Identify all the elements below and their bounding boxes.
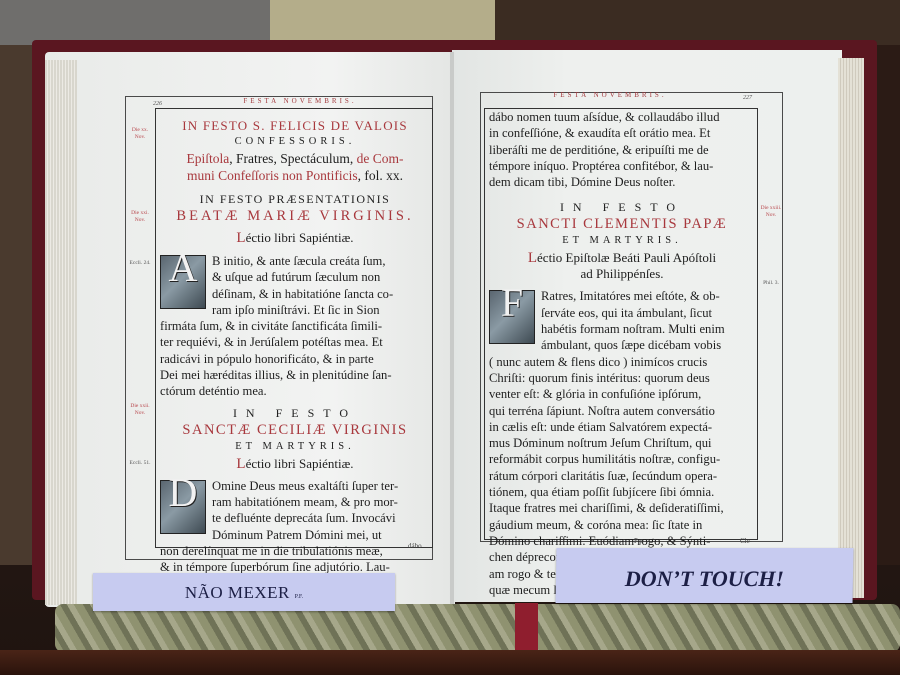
text-line: témpore iníquo. Proptérea confitébor, & … [489,158,755,174]
left-page-edges [45,60,77,605]
feast-subtitle: ET MARTYRIS. [489,235,755,246]
feast-subtitle: ET MARTYRIS. [160,441,430,452]
text-line: rátum córpori claritátis ſuæ, ſecúndum o… [489,468,755,484]
text-line: qui terréna ſápiunt. Noſtra autem conver… [489,403,755,419]
right-text-column: dábo nomen tuum aſsídue, & collaudábo il… [489,109,755,598]
lectio-initial: L [528,250,537,266]
right-running-head: FESTA NOVEMBRIS. [520,91,700,99]
background-wall [0,0,270,45]
text-line: dábo nomen tuum aſsídue, & collaudábo il… [489,109,755,125]
drop-cap-letter: A [161,260,205,276]
margin-note: Eccli. 51. [127,460,153,467]
brocade-cushion [55,604,900,652]
margin-note: Die xxiii. Nov. [759,205,783,219]
text-line: Chriſti: quorum finis intéritus: quorum … [489,370,755,386]
feast-subtitle: CONFESSORIS. [160,136,430,147]
text-line: liberáſti me de perditióne, & eripuíſti … [489,142,755,158]
feast-pretitle: IN FESTO [489,200,755,215]
margin-note: Phil. 3. [759,280,783,287]
drop-cap-letter: F [490,295,534,311]
text-line: dem dicam tibi, Dómine Deus noſter. [489,174,755,190]
feast-pretitle: IN FESTO PRÆSENTATIONIS [160,192,430,207]
text-line: in cælis eſt: unde étiam Salvatórem expe… [489,419,755,435]
drop-cap-F-icon: F [489,290,535,344]
reading-body: D Omine Deus meus exaltáſti ſuper ter- r… [160,478,430,576]
drop-cap-D-icon: D [160,480,206,534]
lectio-heading: Léctio libri Sapiéntiæ. [160,456,430,473]
text-line: Dómino chariſſimi. Euódiam rogo, & Sýnti… [489,533,755,549]
right-page-number: 227 [743,95,752,101]
reading-continuation: dábo nomen tuum aſsídue, & collaudábo il… [489,109,755,190]
do-not-touch-sign-portuguese: NÃO MEXER P.F. [93,573,395,611]
reading-body: A B initio, & ante ſæcula creáta ſum, & … [160,253,430,400]
lectio-text: éctio Epiſtolæ Beáti Pauli Apóſtoli [537,250,716,265]
lectio-text: éctio libri Sapiéntiæ. [246,230,354,245]
rubric-red: Epiſtola [186,151,229,166]
lectio-text: ad Philippénſes. [580,266,663,281]
lectio-heading: Léctio libri Sapiéntiæ. [160,230,430,247]
catchword: dábo [408,542,422,550]
text-line: venter eſt: & glória in confuſióne ipſór… [489,386,755,402]
book-gutter [450,52,454,604]
lectio-heading: Léctio Epiſtolæ Beáti Pauli Apóſtoli ad … [489,250,755,282]
lectio-text: éctio libri Sapiéntiæ. [246,456,354,471]
sign-text: NÃO MEXER [185,583,290,602]
left-running-head: FESTA NOVEMBRIS. [200,97,400,105]
text-line: Dei mei hæréditas illius, & in plenitúdi… [160,367,430,383]
background-altar [495,0,900,45]
sign-suffix: P.F. [295,594,304,600]
left-text-column: IN FESTO S. FELICIS DE VALOIS CONFESSORI… [160,118,430,575]
text-line: reformábit corpus humilitátis noſtræ, co… [489,451,755,467]
lectio-initial: L [236,456,245,472]
text-line: non derelínquat me in die tribulatiónis … [160,543,430,559]
do-not-touch-sign-english: DON’T TOUCH! [556,548,854,603]
rubric-red: de Com- [357,151,404,166]
feast-title: IN FESTO S. FELICIS DE VALOIS [160,118,430,134]
text-line: in confeſſióne, & exaudíta eſt orátio me… [489,125,755,141]
feast-pretitle: IN FESTO [160,406,430,421]
text-line: Itaque fratres mei chariſſimi, & deſider… [489,500,755,516]
text-line: radicávi in pópulo honorificáto, & in pa… [160,351,430,367]
text-line: firmáta ſum, & in civitáte ſanctificáta … [160,318,430,334]
margin-note: Die xxii. Nov. [127,403,153,417]
feast-title: SANCTI CLEMENTIS PAPÆ [489,216,755,233]
margin-note: Die xx. Nov. [127,127,153,141]
right-page-edges [838,58,864,598]
feast-title: SANCTÆ CECILIÆ VIRGINIS [160,422,430,439]
signature-mark: P p [634,537,643,545]
feast-title: BEATÆ MARIÆ VIRGINIS. [160,208,430,225]
drop-cap-letter: D [161,485,205,501]
background-gilded-panel [270,0,495,45]
text-line: ter requiévi, & in Jerúſalem potéſtas me… [160,334,430,350]
lectio-initial: L [236,230,245,246]
margin-note: Die xxi. Nov. [127,210,153,224]
rubric-black: , fol. xx. [358,168,403,183]
rubric-red: muni Confeſſoris non Pontificis [187,168,358,183]
drop-cap-A-icon: A [160,255,206,309]
catchword: Cle- [740,537,752,545]
sign-text: DON’T TOUCH! [625,566,785,591]
text-line: mus Dóminum noſtrum Jeſum Chriſtum, qui [489,435,755,451]
left-page-number: 226 [153,101,162,107]
text-line: ( nunc autem & flens dico ) inimícos cru… [489,354,755,370]
text-line: tiónem, qua étiam poſſit ſubjícere ſibi … [489,484,755,500]
margin-note: Eccli. 24. [127,260,153,267]
text-line: ctórum deténtio mea. [160,383,430,399]
rubric-epistola: Epiſtola, Fratres, Spectáculum, de Com- … [160,150,430,184]
text-line: gáudium meum, & coróna mea: ſic ſtate in [489,517,755,533]
rubric-black: , Fratres, Spectáculum, [229,151,356,166]
wooden-stand [0,650,900,675]
